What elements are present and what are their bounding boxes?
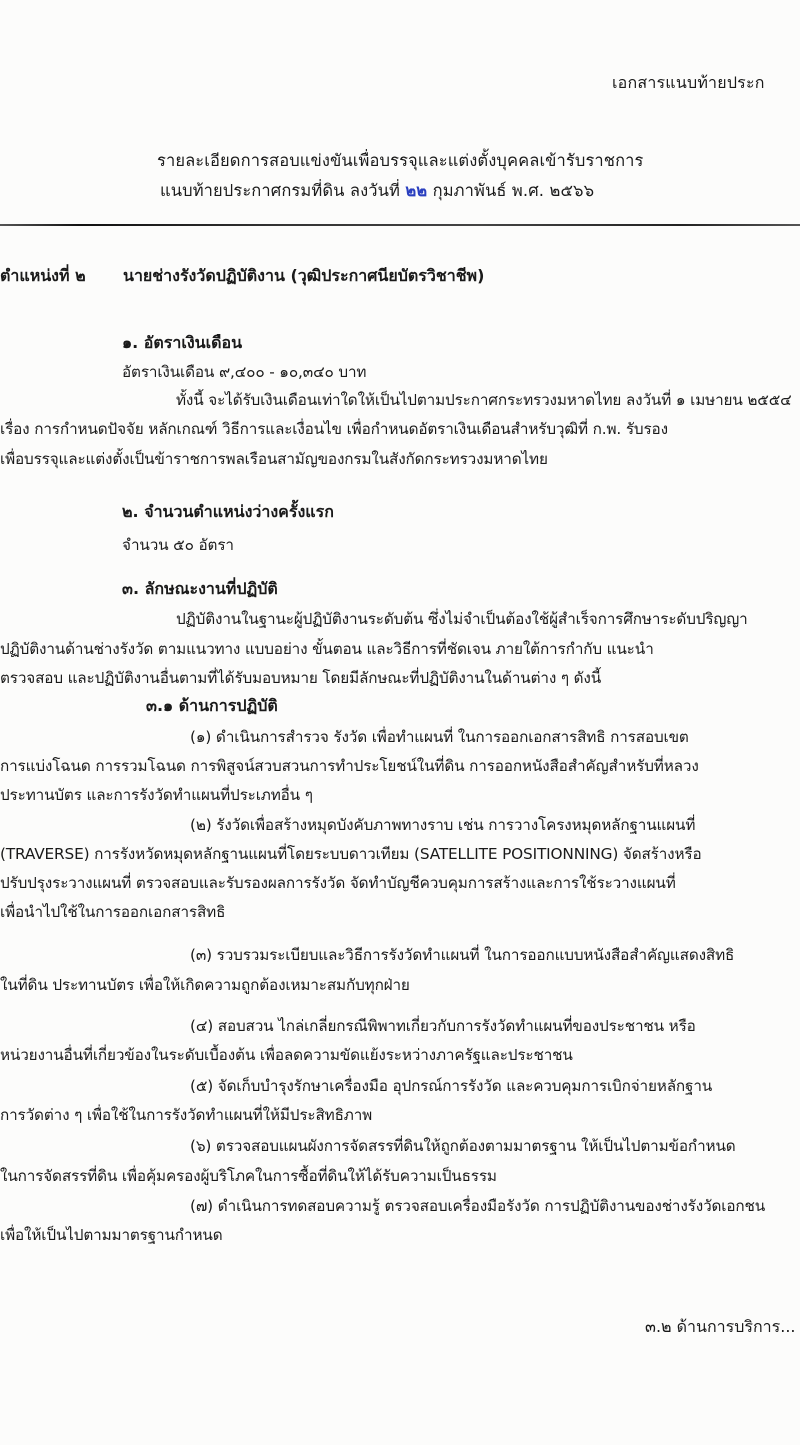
duty-item-2-cont: ปรับปรุงระวางแผนที่ ตรวจสอบและรับรองผลกา… [0, 870, 676, 895]
duty-item-5-cont: การวัดต่าง ๆ เพื่อใช้ในการรังวัดทำแผนที่… [0, 1102, 372, 1127]
salary-note-line: เพื่อบรรจุและแต่งตั้งเป็นข้าราชการพลเรือ… [0, 446, 548, 471]
document-reference-header: เอกสารแนบท้ายประก [612, 71, 765, 96]
duty-item-6: (๖) ตรวจสอบแผนผังการจัดสรรที่ดินให้ถูกต้… [190, 1133, 736, 1158]
section-heading-job-nature: ๓. ลักษณะงานที่ปฏิบัติ [122, 577, 278, 602]
job-nature-line: ตรวจสอบ และปฏิบัติงานอื่นตามที่ได้รับมอบ… [0, 665, 601, 690]
salary-range: อัตราเงินเดือน ๙,๔๐๐ - ๑๐,๓๔๐ บาท [122, 359, 366, 384]
document-title-line-1: รายละเอียดการสอบแข่งขันเพื่อบรรจุและแต่ง… [157, 148, 644, 174]
title-divider [0, 224, 800, 226]
duty-item-3: (๓) รวบรวมระเบียบและวิธีการรังวัดทำแผนที… [190, 942, 734, 967]
duty-item-2-cont: เพื่อนำไปใช้ในการออกเอกสารสิทธิ [0, 899, 225, 924]
duty-item-1-cont: ประทานบัตร และการรังวัดทำแผนที่ประเภทอื่… [0, 782, 313, 807]
position-heading: ตำแหน่งที่ ๒นายช่างรังวัดปฏิบัติงาน (วุฒ… [0, 264, 484, 289]
subsection-heading-operations: ๓.๑ ด้านการปฏิบัติ [146, 694, 278, 719]
document-title-line-2: แนบท้ายประกาศกรมที่ดิน ลงวันที่ ๒๒ กุมภา… [160, 178, 594, 204]
duty-item-4-cont: หน่วยงานอื่นที่เกี่ยวข้องในระดับเบื้องต้… [0, 1042, 573, 1067]
document-page: เอกสารแนบท้ายประก รายละเอียดการสอบแข่งขั… [0, 0, 800, 1445]
duty-item-2-cont: (TRAVERSE) การรังหวัดหมุดหลักฐานแผนที่โด… [0, 841, 702, 866]
section-heading-vacancies: ๒. จำนวนตำแหน่งว่างครั้งแรก [122, 500, 334, 525]
vacancy-count: จำนวน ๕๐ อัตรา [122, 532, 234, 557]
duty-item-3-cont: ในที่ดิน ประทานบัตร เพื่อให้เกิดความถูกต… [0, 972, 410, 997]
salary-note-line: ทั้งนี้ จะได้รับเงินเดือนเท่าใดให้เป็นไป… [176, 387, 792, 412]
announcement-day: ๒๒ [405, 181, 427, 200]
duty-item-6-cont: ในการจัดสรรที่ดิน เพื่อคุ้มครองผู้บริโภค… [0, 1163, 497, 1188]
position-number: ตำแหน่งที่ ๒ [0, 264, 123, 289]
duty-item-1: (๑) ดำเนินการสำรวจ รังวัด เพื่อทำแผนที่ … [190, 724, 689, 749]
section-heading-salary: ๑. อัตราเงินเดือน [122, 331, 242, 356]
duty-item-7-cont: เพื่อให้เป็นไปตามมาตรฐานกำหนด [0, 1222, 223, 1247]
job-nature-line: ปฏิบัติงานในฐานะผู้ปฏิบัติงานระดับต้น ซึ… [176, 606, 748, 631]
title-suffix: กุมภาพันธ์ พ.ศ. ๒๕๖๖ [427, 181, 594, 200]
duty-item-7: (๗) ดำเนินการทดสอบความรู้ ตรวจสอบเครื่อง… [190, 1193, 765, 1218]
job-nature-line: ปฏิบัติงานด้านช่างรังวัด ตามแนวทาง แบบอย… [0, 636, 654, 661]
title-prefix: แนบท้ายประกาศกรมที่ดิน ลงวันที่ [160, 181, 405, 200]
duty-item-1-cont: การแบ่งโฉนด การรวมโฉนด การพิสูจน์สวบสวนก… [0, 753, 699, 778]
salary-note-line: เรื่อง การกำหนดปัจจัย หลักเกณฑ์ วิธีการแ… [0, 416, 668, 441]
duty-item-4: (๔) สอบสวน ไกล่เกลี่ยกรณีพิพาทเกี่ยวกับก… [190, 1013, 696, 1038]
continuation-marker: ๓.๒ ด้านการบริการ... [645, 1315, 796, 1340]
position-name: นายช่างรังวัดปฏิบัติงาน (วุฒิประกาศนียบั… [123, 266, 484, 285]
duty-item-5: (๕) จัดเก็บบำรุงรักษาเครื่องมือ อุปกรณ์ก… [190, 1073, 712, 1098]
duty-item-2: (๒) รังวัดเพื่อสร้างหมุดบังคับภาพทางราบ … [190, 812, 695, 837]
